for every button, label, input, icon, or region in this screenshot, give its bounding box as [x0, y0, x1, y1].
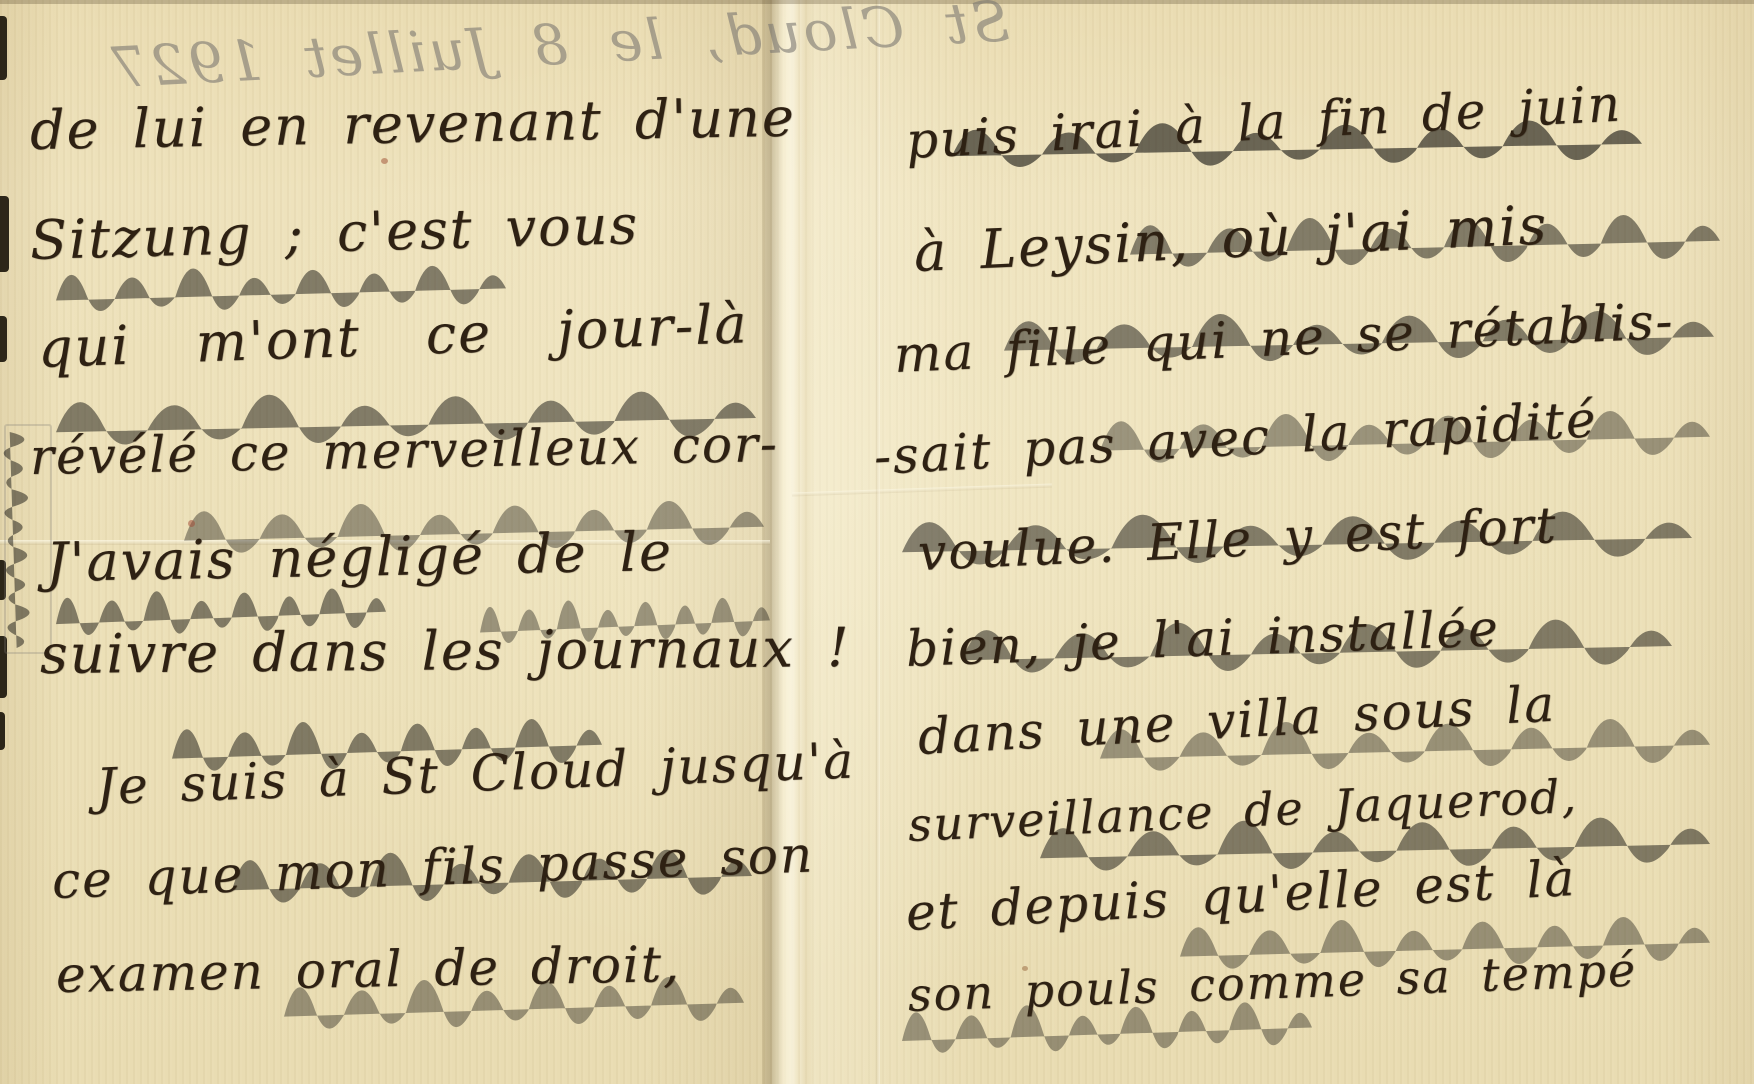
handwriting-line: suivre dans les journaux !: [40, 621, 851, 682]
handwriting-line: Je suis à St Cloud jusqu'à: [95, 736, 856, 812]
handwriting-line: examen oral de droit,: [56, 939, 682, 1000]
handwriting-line: son pouls comme sa tempé: [907, 947, 1638, 1018]
handwriting-line: -sait pas avec la rapidité: [873, 394, 1599, 482]
rust-spot: [188, 520, 195, 527]
handwriting-line: bien, je l'ai installée: [905, 603, 1500, 674]
handwriting-line: de lui en revenant d'une: [30, 91, 797, 158]
bleedthrough-date: St Cloud, le 8 Juillet 1927: [107, 0, 1011, 98]
handwriting-line: surveillance de Jaquerod,: [907, 773, 1579, 848]
handwriting-line: ce que mon fils passe son: [51, 829, 815, 906]
handwriting-line: à Leysin, où j'ai mis: [913, 198, 1549, 280]
handwriting-line: et depuis qu'elle est là: [905, 853, 1578, 938]
center-fold: [762, 0, 814, 1084]
right-page-crease: [792, 483, 1052, 496]
rust-spot: [381, 158, 388, 164]
handwriting-line: dans une villa sous la: [917, 679, 1557, 762]
scan-edge-mark: [0, 196, 9, 272]
handwriting-line: voulue. Elle y est fort: [917, 500, 1559, 578]
scan-edge-mark: [0, 316, 7, 362]
handwriting-line: Sitzung ; c'est vous: [29, 198, 639, 268]
handwriting-line: révélé ce merveilleux cor-: [30, 419, 780, 482]
handwriting-line: J'avais négligé de le: [46, 525, 674, 590]
scan-edge-mark: [0, 712, 5, 750]
scan-edge-mark: [0, 16, 7, 80]
letter-scan: St Cloud, le 8 Juillet 1927 de lui en re…: [0, 0, 1754, 1084]
handwriting-line: puis irai à la fin de juin: [905, 79, 1623, 166]
handwriting-line: qui m'ont ce jour-là: [37, 297, 749, 376]
handwriting-line: ma fille qui ne se rétablis-: [893, 296, 1675, 380]
right-page-vertical-crease: [876, 0, 880, 1084]
